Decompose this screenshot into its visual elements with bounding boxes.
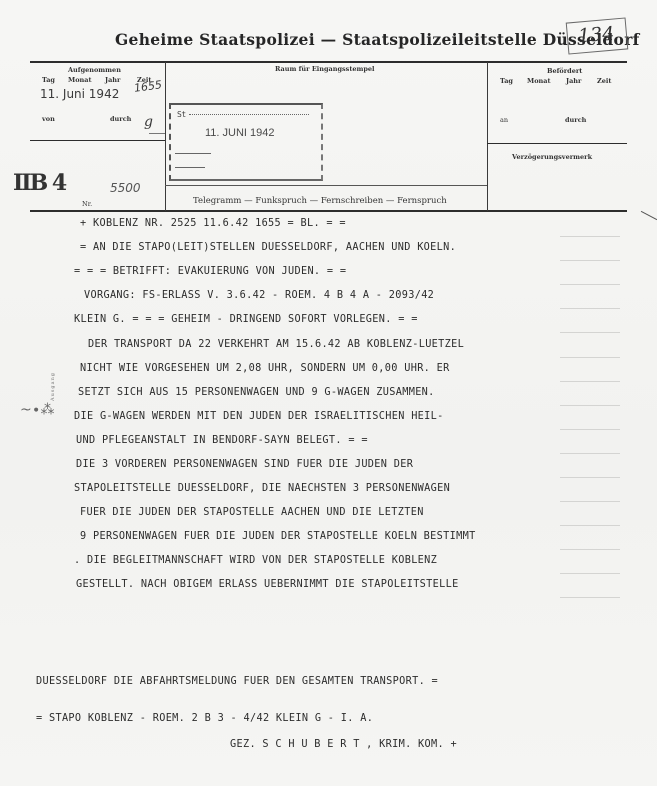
message-line: FUER DIE JUDEN DER STAPOSTELLE AACHEN UN…: [80, 505, 424, 518]
forwarded-month-label: Monat: [527, 77, 550, 85]
guide-line: [560, 332, 620, 333]
stamp-area-label: Raum für Eingangsstempel: [275, 65, 375, 73]
guide-line: [560, 284, 620, 285]
telegram-page: Geheime Staatspolizei — Staatspolizeilei…: [0, 0, 657, 786]
message-line: GESTELLT. NACH OBIGEM ERLASS UEBERNIMMT …: [76, 577, 459, 590]
guide-line: [560, 501, 620, 502]
stamp-line: [175, 153, 211, 154]
number-label: Nr.: [82, 200, 92, 208]
stamp-date: 11. JUNI 1942: [205, 127, 275, 139]
message-line: STAPOLEITSTELLE DUESSELDORF, DIE NAECHST…: [74, 481, 450, 494]
message-line: DIE 3 VORDEREN PERSONENWAGEN SIND FUER D…: [76, 457, 413, 470]
message-line: DER TRANSPORT DA 22 VERKEHRT AM 15.6.42 …: [88, 337, 464, 350]
delay-note-label: Verzögerungsvermerk: [512, 153, 592, 161]
ink-smudge: ~∙⁂: [20, 402, 50, 418]
form-divider-left: [165, 62, 166, 211]
form-divider-right: [487, 62, 488, 211]
form-top-rule: [30, 61, 627, 63]
stamp-dotted-line: [189, 114, 309, 115]
received-date-value: 11. Juni 1942: [40, 87, 119, 101]
received-month-label: Monat: [68, 76, 91, 84]
guide-line: [560, 549, 620, 550]
number-value: 5500: [110, 181, 141, 195]
message-line: 9 PERSONENWAGEN FUER DIE JUDEN DER STAPO…: [80, 529, 476, 542]
message-line: VORGANG: FS-ERLASS V. 3.6.42 - ROEM. 4 B…: [84, 288, 434, 301]
forwarded-label: Befördert: [547, 67, 582, 75]
guide-line: [560, 405, 620, 406]
guide-line: [560, 260, 620, 261]
forwarded-section-rule: [487, 143, 627, 144]
message-line: UND PFLEGEANSTALT IN BENDORF-SAYN BELEGT…: [76, 433, 368, 446]
received-by-initial: g: [144, 114, 153, 130]
received-year-label: Jahr: [105, 76, 120, 84]
closing-line: DUESSELDORF DIE ABFAHRTSMELDUNG FUER DEN…: [36, 674, 438, 687]
received-label: Aufgenommen: [68, 66, 121, 74]
department-mark: IIB 4: [13, 170, 65, 196]
forwarded-time-label: Zeit: [597, 77, 611, 85]
forwarded-at-label: an: [500, 116, 508, 124]
letterhead-title: Geheime Staatspolizei — Staatspolizeilei…: [115, 30, 640, 49]
stamp-area-side-rule: [149, 133, 165, 134]
message-line: = AN DIE STAPO(LEIT)STELLEN DUESSELDORF,…: [80, 240, 456, 253]
guide-line: [560, 573, 620, 574]
margin-note: Ausgang: [50, 372, 56, 401]
stamp-prefix: St: [177, 110, 186, 119]
received-from-label: von: [42, 115, 55, 123]
received-section-rule: [30, 140, 165, 141]
folio-number: 134: [577, 23, 615, 47]
received-day-label: Tag: [42, 76, 55, 84]
guide-line: [560, 381, 620, 382]
guide-line: [560, 357, 620, 358]
forwarded-by-label: durch: [565, 116, 586, 124]
guide-line: [560, 429, 620, 430]
guide-line: [560, 525, 620, 526]
guide-line: [560, 477, 620, 478]
message-line: = = = BETRIFFT: EVAKUIERUNG VON JUDEN. =…: [74, 264, 346, 277]
received-by-label: durch: [110, 115, 131, 123]
closing-line: = STAPO KOBLENZ - ROEM. 2 B 3 - 4/42 KLE…: [36, 711, 373, 724]
message-line: NICHT WIE VORGESEHEN UM 2,08 UHR, SONDER…: [80, 361, 450, 374]
form-bottom-rule: [30, 210, 627, 212]
received-time-value: 1655: [133, 78, 163, 95]
guide-line: [560, 597, 620, 598]
message-line: KLEIN G. = = = GEHEIM - DRINGEND SOFORT …: [74, 312, 418, 325]
stamp-line: [175, 167, 205, 168]
message-line: DIE G-WAGEN WERDEN MIT DEN JUDEN DER ISR…: [74, 409, 444, 422]
forwarded-day-label: Tag: [500, 77, 513, 85]
telegram-row-rule: [165, 185, 487, 186]
guide-line: [560, 453, 620, 454]
forwarded-year-label: Jahr: [566, 77, 581, 85]
guide-line: [560, 308, 620, 309]
closing-line: GEZ. S C H U B E R T , KRIM. KOM. +: [230, 737, 457, 750]
guide-line: [560, 236, 620, 237]
message-line: + KOBLENZ NR. 2525 11.6.42 1655 = BL. = …: [80, 216, 346, 229]
pencil-stroke: [641, 211, 657, 220]
transmission-types: Telegramm — Funkspruch — Fernschreiben —…: [193, 196, 447, 206]
message-line: . DIE BEGLEITMANNSCHAFT WIRD VON DER STA…: [74, 553, 437, 566]
message-line: SETZT SICH AUS 15 PERSONENWAGEN UND 9 G-…: [78, 385, 435, 398]
received-stamp: St 11. JUNI 1942: [169, 103, 323, 181]
